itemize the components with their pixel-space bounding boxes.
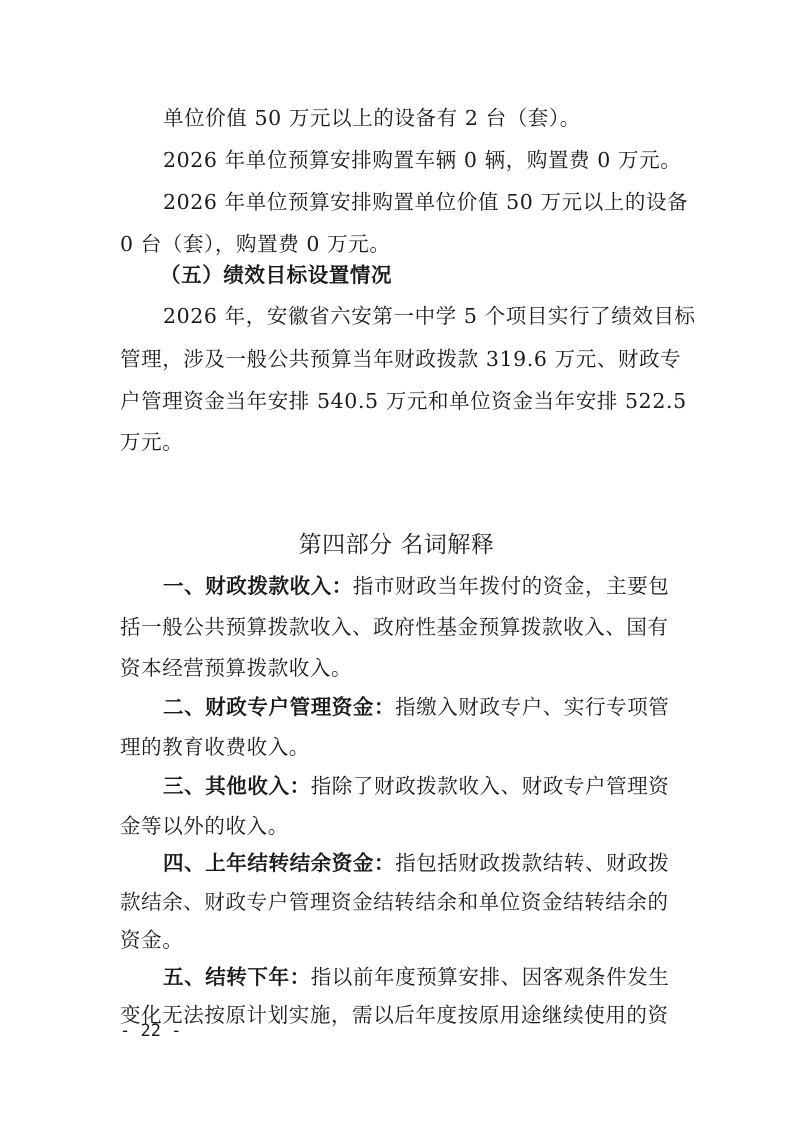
- term-definition: 三、其他收入：指除了财政拨款收入、财政专户管理资: [163, 772, 668, 800]
- page-number: - 22 -: [120, 1021, 181, 1041]
- term-definition: 五、结转下年：指以前年度预算安排、因客观条件发生: [163, 963, 668, 991]
- term-text: 指缴入财政专户、实行专项管: [395, 695, 669, 719]
- paragraph-line: 0 台（套），购置费 0 万元。: [120, 230, 668, 258]
- paragraph-line: 括一般公共预算拨款收入、政府性基金预算拨款收入、国有: [120, 613, 668, 641]
- term-definition: 二、财政专户管理资金：指缴入财政专户、实行专项管: [163, 693, 668, 721]
- paragraph-line: 2026 年单位预算安排购置单位价值 50 万元以上的设备: [163, 188, 668, 216]
- term-text: 指除了财政拨款收入、财政专户管理资: [311, 774, 670, 798]
- term-label: 一、财政拨款收入：: [163, 574, 353, 598]
- term-label: 四、上年结转结余资金：: [163, 851, 395, 875]
- term-definition: 四、上年结转结余资金：指包括财政拨款结转、财政拨: [163, 849, 668, 877]
- paragraph-line: 资金。: [120, 926, 668, 954]
- paragraph-line: 资本经营预算拨款收入。: [120, 654, 668, 682]
- term-definition: 一、财政拨款收入：指市财政当年拨付的资金，主要包: [163, 572, 668, 600]
- paragraph-line: 2026 年单位预算安排购置车辆 0 辆，购置费 0 万元。: [163, 146, 668, 174]
- paragraph-line: 万元。: [120, 428, 668, 456]
- paragraph-line: 管理，涉及一般公共预算当年财政拨款 319.6 万元、财政专: [120, 345, 668, 373]
- document-page: 单位价值 50 万元以上的设备有 2 台（套）。 2026 年单位预算安排购置车…: [0, 0, 793, 1122]
- term-text: 指包括财政拨款结转、财政拨: [395, 851, 669, 875]
- term-label: 三、其他收入：: [163, 774, 311, 798]
- paragraph-line: 2026 年，安徽省六安第一中学 5 个项目实行了绩效目标: [163, 302, 668, 330]
- term-label: 二、财政专户管理资金：: [163, 695, 395, 719]
- term-text: 指以前年度预算安排、因客观条件发生: [311, 965, 670, 989]
- paragraph-line: 单位价值 50 万元以上的设备有 2 台（套）。: [163, 104, 668, 132]
- paragraph-line: 款结余、财政专户管理资金结转结余和单位资金结转结余的: [120, 888, 668, 916]
- part-title: 第四部分 名词解释: [0, 530, 793, 560]
- term-label: 五、结转下年：: [163, 965, 311, 989]
- term-text: 指市财政当年拨付的资金，主要包: [353, 574, 670, 598]
- paragraph-line: 理的教育收费收入。: [120, 733, 668, 761]
- paragraph-line: 变化无法按原计划实施，需以后年度按原用途继续使用的资: [120, 1001, 668, 1029]
- paragraph-line: 金等以外的收入。: [120, 812, 668, 840]
- section-subheading: （五）绩效目标设置情况: [160, 261, 665, 289]
- paragraph-line: 户管理资金当年安排 540.5 万元和单位资金当年安排 522.5: [120, 387, 668, 415]
